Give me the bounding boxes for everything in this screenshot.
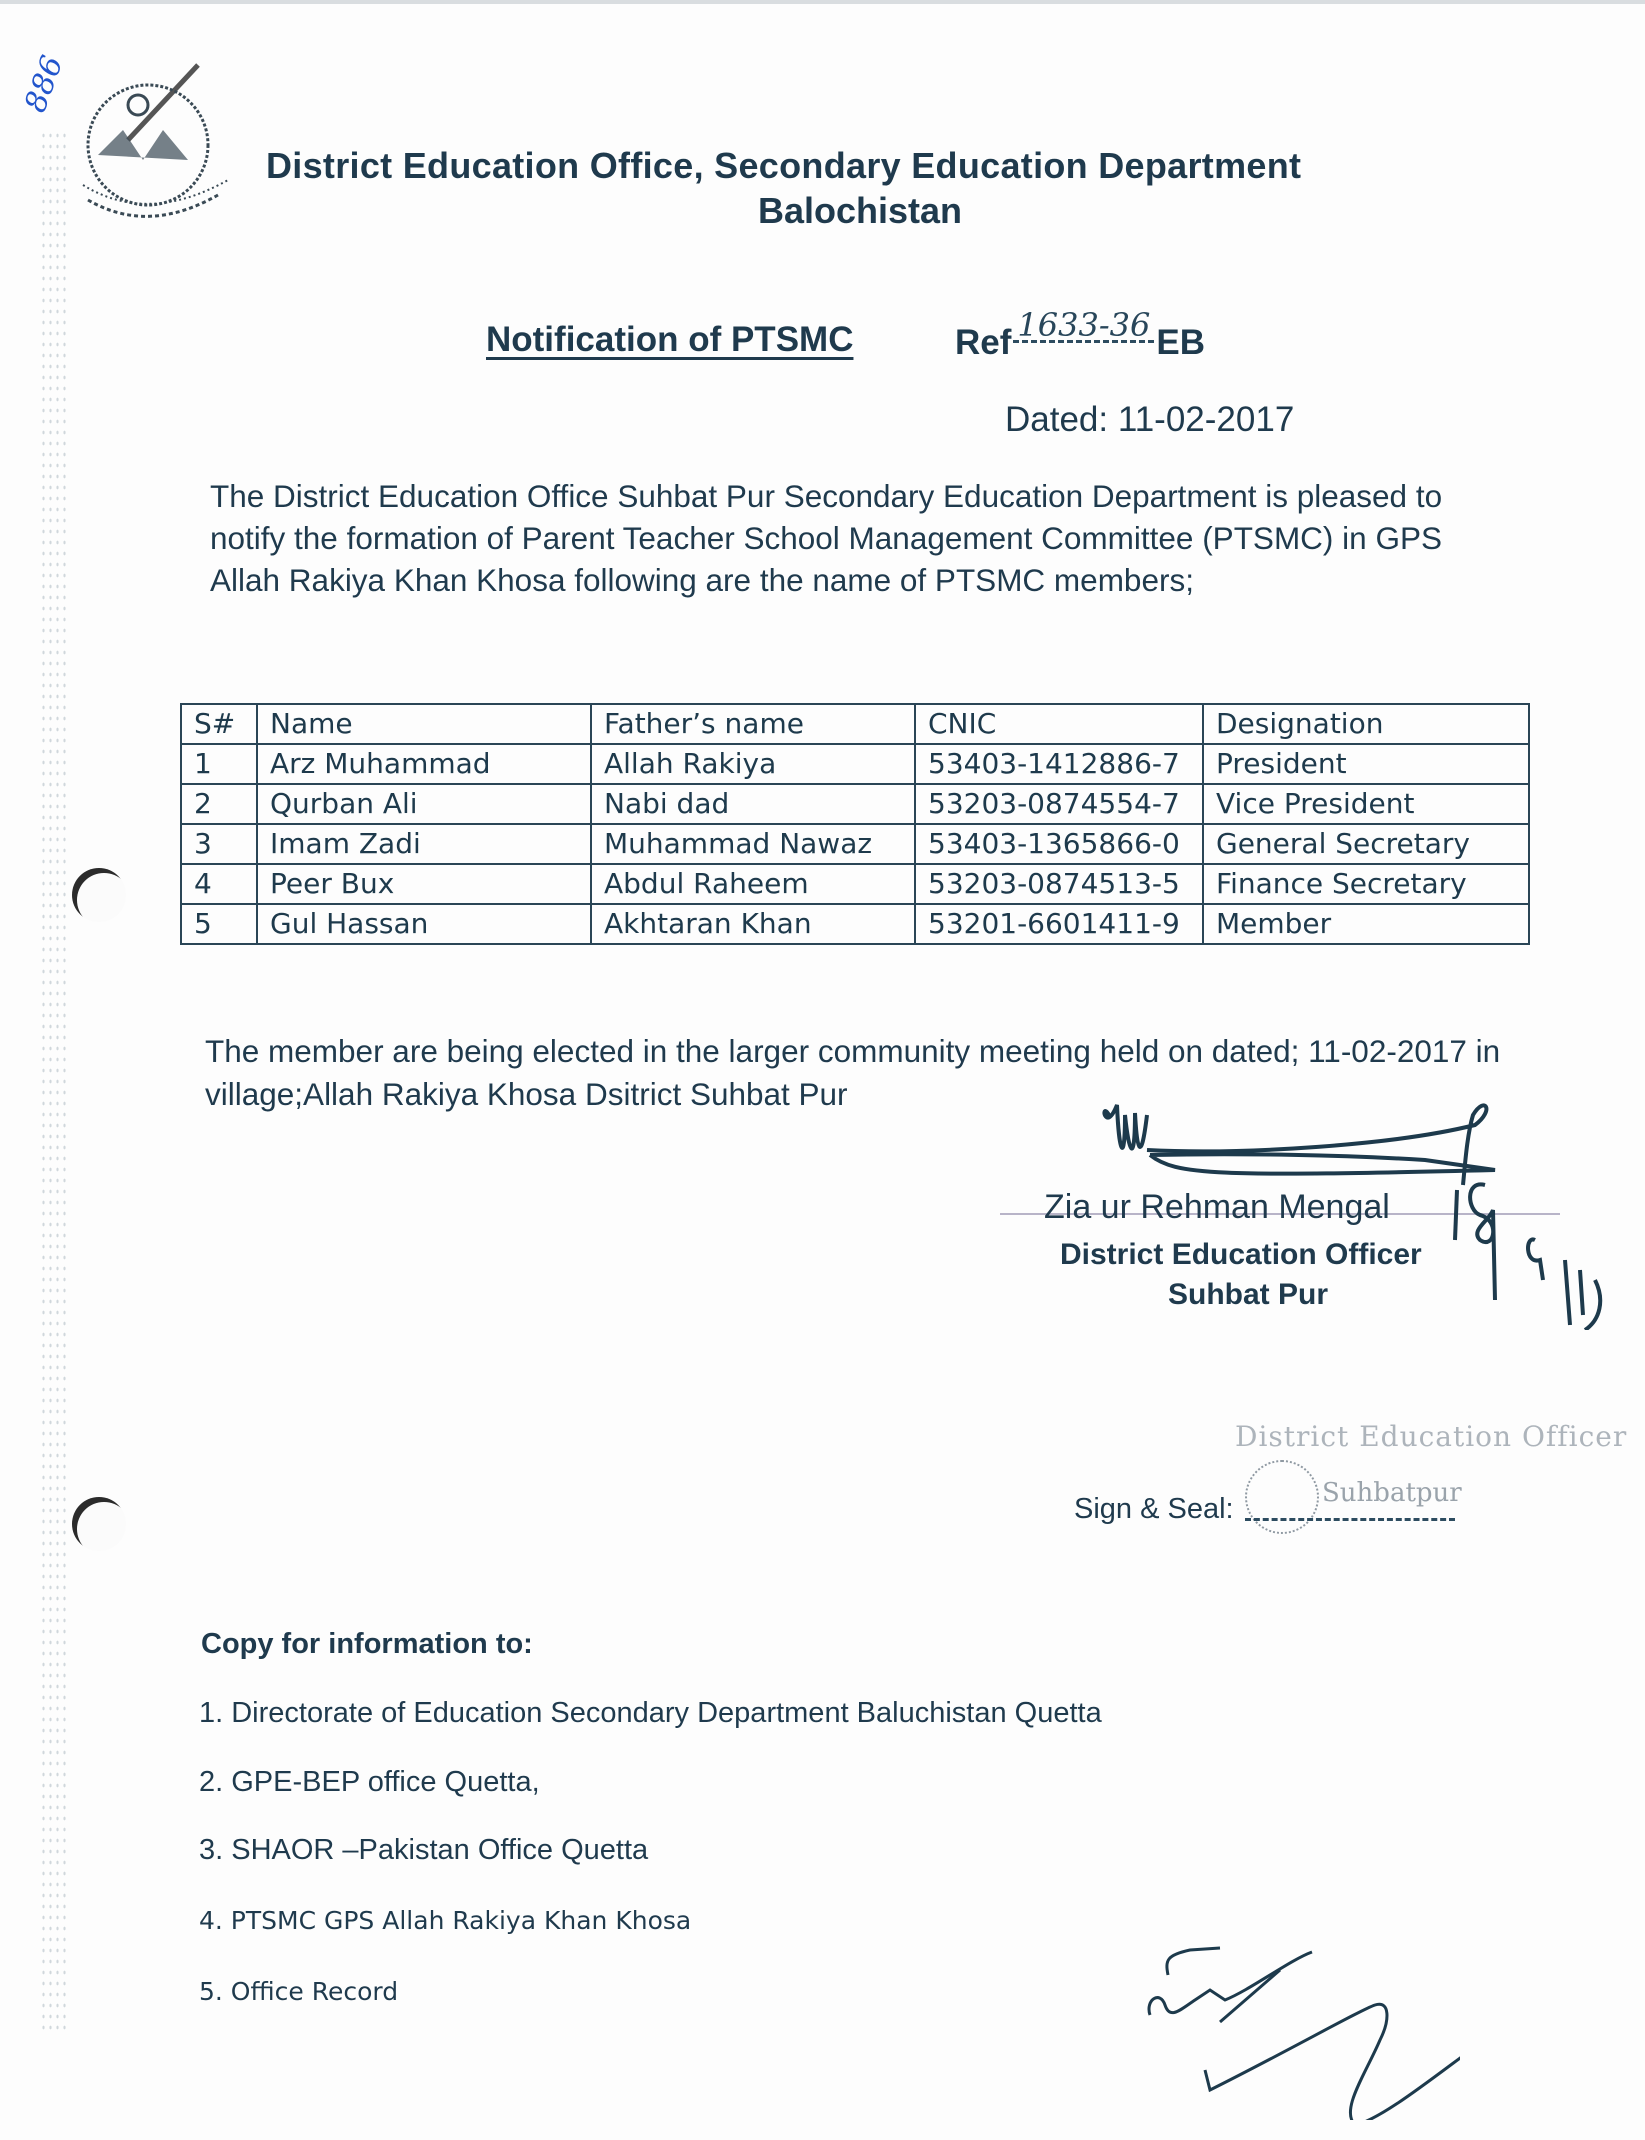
- table-row: 1Arz MuhammadAllah Rakiya53403-1412886-7…: [181, 744, 1529, 784]
- province-header: Balochistan: [0, 190, 1645, 232]
- copy-item: 4. PTSMC GPS Allah Rakiya Khan Khosa: [199, 1906, 691, 1935]
- cell-father-name: Muhammad Nawaz: [591, 824, 915, 864]
- cell-sn: 4: [181, 864, 257, 904]
- sign-seal-label: Sign & Seal:: [1074, 1493, 1234, 1526]
- notification-page: 886 District Education Office, Secondary…: [0, 0, 1645, 2140]
- seal-stamp-icon: [1245, 1460, 1319, 1534]
- table-row: 4Peer BuxAbdul Raheem53203-0874513-5Fina…: [181, 864, 1529, 904]
- officer-place: Suhbat Pur: [1168, 1278, 1328, 1312]
- copy-item: 1. Directorate of Education Secondary De…: [199, 1697, 1102, 1730]
- cell-name: Gul Hassan: [257, 904, 591, 944]
- cell-name: Qurban Ali: [257, 784, 591, 824]
- cell-cnic: 53203-0874554-7: [915, 784, 1203, 824]
- seal-stamp-place: Suhbatpur: [1322, 1478, 1462, 1508]
- cell-father-name: Nabi dad: [591, 784, 915, 824]
- copy-item: 2. GPE-BEP office Quetta,: [199, 1766, 540, 1799]
- cell-father-name: Abdul Raheem: [591, 864, 915, 904]
- cell-name: Arz Muhammad: [257, 744, 591, 784]
- cell-father-name: Akhtaran Khan: [591, 904, 915, 944]
- copy-heading: Copy for information to:: [201, 1628, 533, 1661]
- cell-sn: 1: [181, 744, 257, 784]
- punch-hole-icon: [72, 1497, 126, 1551]
- seal-stamp-text: District Education Officer: [1235, 1420, 1627, 1453]
- ref-number-handwritten: 1633-36: [1013, 310, 1154, 343]
- scan-noise: [40, 130, 68, 2030]
- officer-title: District Education Officer: [1060, 1238, 1422, 1272]
- ref-prefix: Ref: [955, 323, 1011, 363]
- table-header-row: S# Name Father’s name CNIC Designation: [181, 704, 1529, 744]
- cell-cnic: 53403-1412886-7: [915, 744, 1203, 784]
- initials-icon: [1140, 1910, 1460, 2120]
- handwritten-date-icon: [1445, 1180, 1625, 1330]
- cell-cnic: 53403-1365866-0: [915, 824, 1203, 864]
- cell-designation: General Secretary: [1203, 824, 1529, 864]
- header-name: Name: [257, 704, 591, 744]
- members-table: S# Name Father’s name CNIC Designation 1…: [180, 703, 1530, 945]
- ref-suffix: EB: [1156, 323, 1205, 363]
- table-row: 3Imam ZadiMuhammad Nawaz53403-1365866-0G…: [181, 824, 1529, 864]
- officer-name: Zia ur Rehman Mengal: [1044, 1188, 1390, 1227]
- cell-father-name: Allah Rakiya: [591, 744, 915, 784]
- cell-name: Imam Zadi: [257, 824, 591, 864]
- intro-paragraph: The District Education Office Suhbat Pur…: [210, 475, 1510, 601]
- cell-sn: 2: [181, 784, 257, 824]
- header-designation: Designation: [1203, 704, 1529, 744]
- scan-edge: [0, 0, 1645, 4]
- cell-cnic: 53203-0874513-5: [915, 864, 1203, 904]
- table-row: 5Gul HassanAkhtaran Khan53201-6601411-9M…: [181, 904, 1529, 944]
- header-cnic: CNIC: [915, 704, 1203, 744]
- cell-name: Peer Bux: [257, 864, 591, 904]
- notification-date: Dated: 11-02-2017: [1005, 400, 1294, 440]
- cell-designation: Finance Secretary: [1203, 864, 1529, 904]
- cell-cnic: 53201-6601411-9: [915, 904, 1203, 944]
- cell-sn: 3: [181, 824, 257, 864]
- notification-title: Notification of PTSMC: [486, 320, 853, 360]
- header-father-name: Father’s name: [591, 704, 915, 744]
- cell-designation: Vice President: [1203, 784, 1529, 824]
- copy-item: 5. Office Record: [199, 1977, 398, 2006]
- copy-item: 3. SHAOR –Pakistan Office Quetta: [199, 1834, 648, 1867]
- file-number-handwritten: 886: [18, 51, 70, 117]
- cell-designation: President: [1203, 744, 1529, 784]
- table-row: 2Qurban AliNabi dad53203-0874554-7Vice P…: [181, 784, 1529, 824]
- cell-designation: Member: [1203, 904, 1529, 944]
- office-header: District Education Office, Secondary Edu…: [266, 145, 1301, 187]
- cell-sn: 5: [181, 904, 257, 944]
- reference-number: Ref 1633-36 EB: [955, 322, 1205, 363]
- punch-hole-icon: [72, 868, 126, 922]
- header-sn: S#: [181, 704, 257, 744]
- sign-seal-line: [1245, 1518, 1455, 1521]
